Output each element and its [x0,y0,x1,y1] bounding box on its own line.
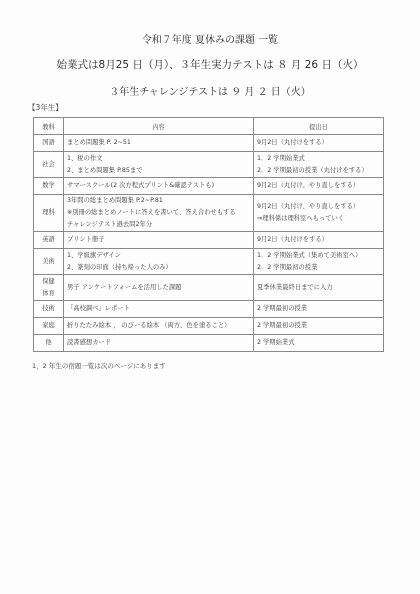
table-row: 数学サマースクール(2 次方程式プリント&確認テストも)9月2日（丸付け、やり直… [34,178,384,195]
schedule-line-challenge-test: ３年生チャレンジテストは ９ 月 ２ 日（火） [0,83,420,98]
due-cell: 2 学期最初の授業 [254,301,384,318]
content-cell-line: プリント冊子 [67,234,250,246]
due-cell-line: 9月2日（丸付けをする） [257,137,380,149]
subject-cell-line: 国語 [34,137,63,149]
due-cell-line: 9月2日（丸付け、やり直しをする） [257,180,380,192]
subject-cell: 技術 [34,301,64,318]
content-cell: 3年間の総まとめ問題集 P.2~P.81※別冊の総まとめノートに答えを書いて、答… [64,195,254,232]
content-cell-line: サマースクール(2 次方程式プリント&確認テストも) [67,180,250,192]
column-header-due: 提出日 [254,118,384,135]
subject-cell-line: 数学 [34,180,63,192]
subject-cell-line: 美術 [34,256,63,268]
content-cell-line: 読書感想カード [67,337,250,349]
subject-cell: 国語 [34,135,64,152]
subject-cell-line: 英語 [34,234,63,246]
content-cell: 「高校調べ」レポート [64,301,254,318]
subject-cell: 社会 [34,152,64,178]
table-row: 理科3年間の総まとめ問題集 P.2~P.81※別冊の総まとめノートに答えを書いて… [34,195,384,232]
subject-cell-line: 家庭 [34,320,63,332]
subject-cell: 英語 [34,232,64,249]
schedule-line-opening-ceremony: 始業式は8月25 日（月）、３年生実力テストは ８ 月 26 日（火） [0,57,420,72]
subject-cell-line: 保健 [34,276,63,288]
due-cell-line: 1．2 学期始業式 [257,153,380,165]
due-cell: 9月2日（丸付け、やり直しをする） [254,178,384,195]
subject-cell: 保健体育 [34,275,64,301]
subject-cell: 美術 [34,249,64,275]
table-row: 保健体育男子 アンケートフォームを活用した課題夏季休業最終日までに入力 [34,275,384,301]
due-cell-line: 2．2 学期最初の授業 [257,262,380,274]
table-row: 家庭折りたたみ絵本 ， のびーる絵本 （両方、色を塗ること）2 学期最初の授業 [34,318,384,335]
subject-cell: 理科 [34,195,64,232]
content-cell: 折りたたみ絵本 ， のびーる絵本 （両方、色を塗ること） [64,318,254,335]
content-cell-line: 男子 アンケートフォームを活用した課題 [67,282,250,294]
due-cell: 2 学期始業式 [254,335,384,352]
content-cell-line: 1、学級旗デザイン [67,250,250,262]
subject-cell: 家庭 [34,318,64,335]
subject-cell-line: 理科 [34,207,63,219]
table-row: 英語プリント冊子9月2日（丸付けをする） [34,232,384,249]
content-cell-line: 折りたたみ絵本 ， のびーる絵本 （両方、色を塗ること） [67,320,250,332]
table-row: 美術1、学級旗デザイン2、篆刻の印面（持ち帰った人のみ）1．2 学期始業式（集め… [34,249,384,275]
subject-cell: 他 [34,335,64,352]
due-cell: 9月2日（丸付け、やり直しをする）⇒理科係は理科室へもっていく [254,195,384,232]
footer-note: 1，2 年生の宿題一覧は次のページにあります [32,361,166,370]
content-cell-line: 2、篆刻の印面（持ち帰った人のみ） [67,262,250,274]
content-cell-line: まとめ問題集 P. 2~51 [67,137,250,149]
assignment-table: 教科 内容 提出日 国語まとめ問題集 P. 2~519月2日（丸付けをする）社会… [33,117,384,352]
due-cell: 2 学期最初の授業 [254,318,384,335]
table-header-row: 教科 内容 提出日 [34,118,384,135]
table-row: 国語まとめ問題集 P. 2~519月2日（丸付けをする） [34,135,384,152]
content-cell: プリント冊子 [64,232,254,249]
column-header-subject: 教科 [34,118,64,135]
content-cell: 読書感想カード [64,335,254,352]
content-cell-line: 1、税の作文 [67,153,250,165]
due-cell: 1．2 学期始業式2．2 学期最初の授業（丸付けをする） [254,152,384,178]
table-row: 他読書感想カード2 学期始業式 [34,335,384,352]
due-cell: 1．2 学期始業式（集めて美術室へ）2．2 学期最初の授業 [254,249,384,275]
due-cell-line: 夏季休業最終日までに入力 [257,282,380,294]
content-cell: サマースクール(2 次方程式プリント&確認テストも) [64,178,254,195]
due-cell-line: 2 学期始業式 [257,337,380,349]
content-cell-line: ※別冊の総まとめノートに答えを書いて、答え合わせもする [67,207,250,219]
content-cell: 男子 アンケートフォームを活用した課題 [64,275,254,301]
content-cell-line: チャレンジテスト過去問2年分 [67,219,250,231]
subject-cell-line: 社会 [34,159,63,171]
due-cell-line: 2．2 学期最初の授業（丸付けをする） [257,165,380,177]
due-cell-line: ⇒理科係は理科室へもっていく [257,213,380,225]
due-cell-line: 9月2日（丸付け、やり直しをする） [257,201,380,213]
subject-cell: 数学 [34,178,64,195]
due-cell: 9月2日（丸付けをする） [254,135,384,152]
content-cell: 1、学級旗デザイン2、篆刻の印面（持ち帰った人のみ） [64,249,254,275]
document-title: 令和７年度 夏休みの課題 一覧 [0,31,420,46]
table-row: 社会1、税の作文2、まとめ問題集 P.85まで1．2 学期始業式2．2 学期最初… [34,152,384,178]
content-cell: 1、税の作文2、まとめ問題集 P.85まで [64,152,254,178]
content-cell: まとめ問題集 P. 2~51 [64,135,254,152]
subject-cell-line: 体育 [34,288,63,300]
due-cell: 9月2日（丸付けをする） [254,232,384,249]
content-cell-line: 2、まとめ問題集 P.85まで [67,165,250,177]
subject-cell-line: 他 [34,337,63,349]
due-cell-line: 1．2 学期始業式（集めて美術室へ） [257,250,380,262]
subject-cell-line: 技術 [34,303,63,315]
content-cell-line: 「高校調べ」レポート [67,303,250,315]
due-cell-line: 9月2日（丸付けをする） [257,234,380,246]
column-header-content: 内容 [64,118,254,135]
due-cell-line: 2 学期最初の授業 [257,303,380,315]
content-cell-line: 3年間の総まとめ問題集 P.2~P.81 [67,195,250,207]
section-label-grade3: 【3年生】 [28,102,63,113]
table-row: 技術「高校調べ」レポート2 学期最初の授業 [34,301,384,318]
due-cell-line: 2 学期最初の授業 [257,320,380,332]
due-cell: 夏季休業最終日までに入力 [254,275,384,301]
